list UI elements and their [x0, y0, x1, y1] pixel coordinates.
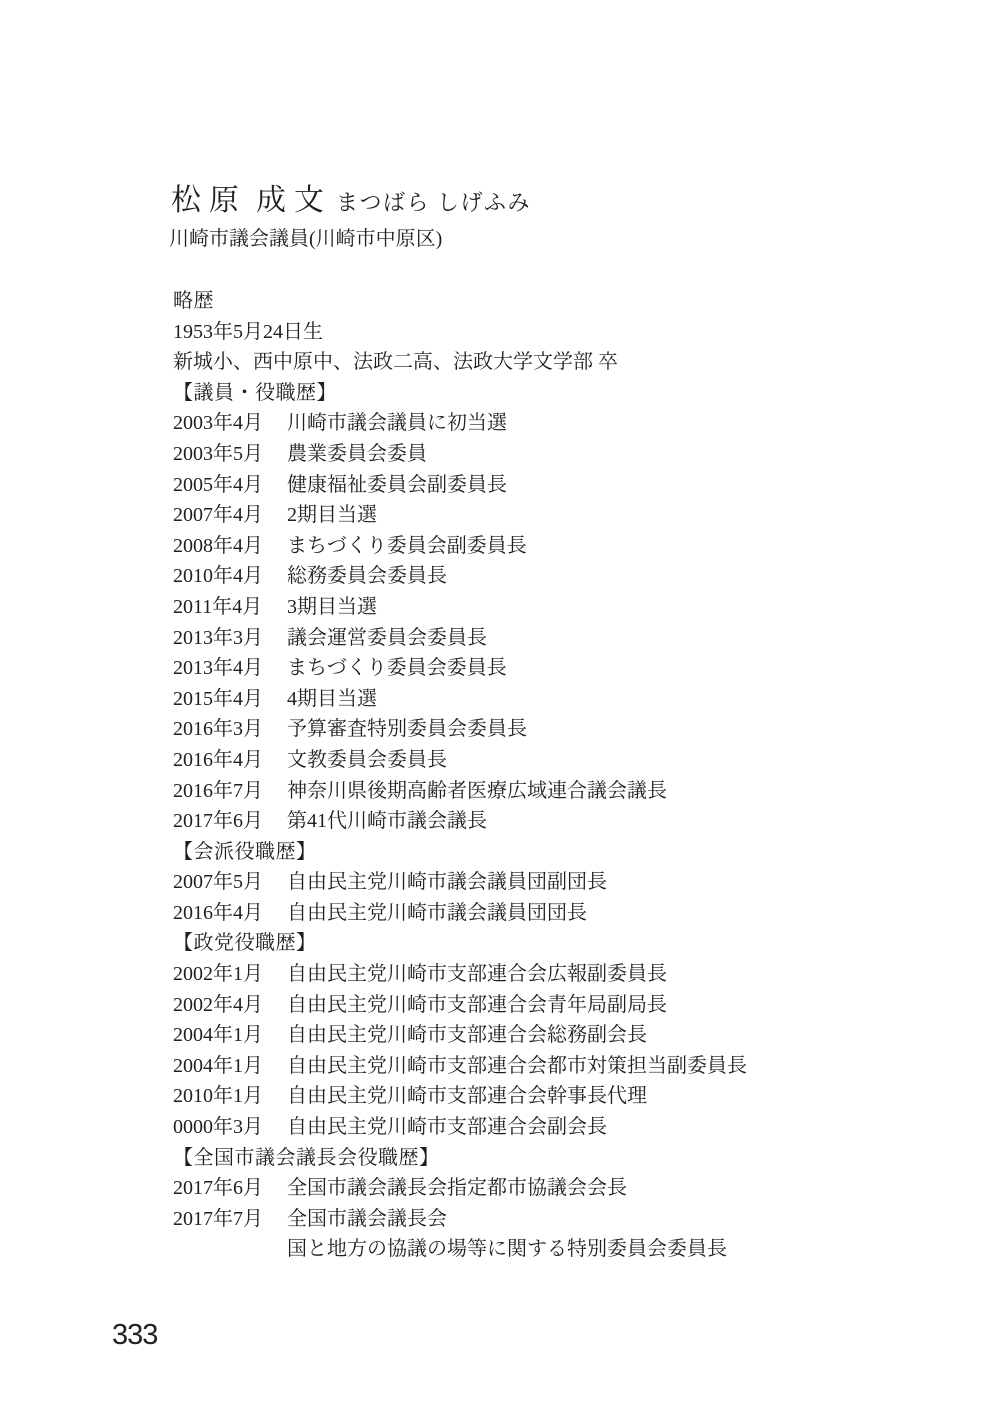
row-text: 神奈川県後期高齢者医療広域連合議会議長 [287, 780, 667, 802]
row-date: 2007年4月 [173, 500, 287, 531]
row-text: 【会派役職歴】 [173, 841, 317, 863]
row-text: 川崎市議会議員に初当選 [287, 412, 507, 434]
row-text: 2期目当選 [287, 504, 377, 526]
row-text: まちづくり委員会委員長 [287, 657, 507, 679]
row-date: 2013年4月 [173, 653, 287, 684]
resume-row: 2002年1月自由民主党川崎市支部連合会広報副委員長 [173, 959, 893, 990]
resume-row: 2013年4月まちづくり委員会委員長 [173, 653, 893, 684]
row-date: 2004年1月 [173, 1020, 287, 1051]
row-text: 第41代川崎市議会議長 [287, 810, 487, 832]
resume-section-heading: 略歴 [173, 286, 893, 317]
resume-row: 2015年4月4期目当選 [173, 684, 893, 715]
row-text: 文教委員会委員長 [287, 749, 447, 771]
resume-row: 新城小、西中原中、法政二高、法政大学文学部 卒 [173, 347, 893, 378]
row-date: 2002年4月 [173, 990, 287, 1021]
resume-row: 2016年7月神奈川県後期高齢者医療広域連合議会議長 [173, 776, 893, 807]
row-date: 2010年1月 [173, 1081, 287, 1112]
profile-name: 松 原 成 文 まつばら しげふみ [171, 183, 531, 219]
row-date: 2017年6月 [173, 1173, 287, 1204]
row-text: 自由民主党川崎市支部連合会副会長 [287, 1116, 607, 1138]
row-text: 【全国市議会議長会役職歴】 [173, 1147, 440, 1169]
row-date: 2013年3月 [173, 623, 287, 654]
row-text: 自由民主党川崎市支部連合会総務副会長 [287, 1024, 647, 1046]
row-date: 2016年3月 [173, 714, 287, 745]
row-date: 2008年4月 [173, 531, 287, 562]
row-text: 新城小、西中原中、法政二高、法政大学文学部 卒 [173, 351, 618, 373]
profile-name-kanji: 松 原 成 文 [171, 183, 325, 219]
row-text: 略歴 [173, 290, 214, 312]
resume-row: 2007年5月自由民主党川崎市議会議員団副団長 [173, 867, 893, 898]
resume-row: 2007年4月2期目当選 [173, 500, 893, 531]
row-date: 2004年1月 [173, 1051, 287, 1082]
row-date: 2005年4月 [173, 470, 287, 501]
row-text: 国と地方の協議の場等に関する特別委員会委員長 [173, 1238, 727, 1260]
row-text: 4期目当選 [287, 688, 377, 710]
resume-section-heading: 【議員・役職歴】 [173, 378, 893, 409]
resume-row: 2008年4月まちづくり委員会副委員長 [173, 531, 893, 562]
row-date: 2010年4月 [173, 561, 287, 592]
resume-row: 2003年5月農業委員会委員 [173, 439, 893, 470]
resume-row: 2017年7月全国市議会議長会 [173, 1204, 893, 1235]
resume-row: 2017年6月第41代川崎市議会議長 [173, 806, 893, 837]
resume-row: 2011年4月3期目当選 [173, 592, 893, 623]
resume-row: 2017年6月全国市議会議長会指定都市協議会会長 [173, 1173, 893, 1204]
row-text: 自由民主党川崎市支部連合会青年局副局長 [287, 994, 667, 1016]
row-text: 議会運営委員会委員長 [287, 627, 487, 649]
row-date: 2017年7月 [173, 1204, 287, 1235]
row-text: 総務委員会委員長 [287, 565, 447, 587]
row-text: 自由民主党川崎市支部連合会幹事長代理 [287, 1085, 647, 1107]
row-date: 2003年4月 [173, 408, 287, 439]
resume-row: 0000年3月自由民主党川崎市支部連合会副会長 [173, 1112, 893, 1143]
resume-row: 2005年4月健康福祉委員会副委員長 [173, 470, 893, 501]
row-date: 2003年5月 [173, 439, 287, 470]
resume-row: 2004年1月自由民主党川崎市支部連合会総務副会長 [173, 1020, 893, 1051]
row-text: 【政党役職歴】 [173, 932, 317, 954]
row-date: 2016年7月 [173, 776, 287, 807]
resume-row: 2016年4月文教委員会委員長 [173, 745, 893, 776]
profile-name-kana: まつばら しげふみ [336, 186, 531, 217]
row-text: まちづくり委員会副委員長 [287, 535, 527, 557]
row-date: 2016年4月 [173, 898, 287, 929]
resume-row: 2002年4月自由民主党川崎市支部連合会青年局副局長 [173, 990, 893, 1021]
row-text: 3期目当選 [287, 596, 377, 618]
row-text: 全国市議会議長会 [287, 1208, 447, 1230]
row-date: 2016年4月 [173, 745, 287, 776]
resume-list: 略歴1953年5月24日生新城小、西中原中、法政二高、法政大学文学部 卒【議員・… [173, 286, 893, 1265]
row-text: 自由民主党川崎市支部連合会都市対策担当副委員長 [287, 1055, 747, 1077]
row-date: 2007年5月 [173, 867, 287, 898]
row-date: 2002年1月 [173, 959, 287, 990]
row-date: 2015年4月 [173, 684, 287, 715]
row-text: 自由民主党川崎市議会議員団団長 [287, 902, 587, 924]
resume-row: 2010年1月自由民主党川崎市支部連合会幹事長代理 [173, 1081, 893, 1112]
row-text: 1953年5月24日生 [173, 321, 323, 343]
resume-row: 2016年3月予算審査特別委員会委員長 [173, 714, 893, 745]
resume-section-heading: 【政党役職歴】 [173, 928, 893, 959]
page-number: 333 [112, 1319, 157, 1351]
row-date: 0000年3月 [173, 1112, 287, 1143]
row-date: 2011年4月 [173, 592, 287, 623]
row-text: 【議員・役職歴】 [173, 382, 337, 404]
resume-row: 2004年1月自由民主党川崎市支部連合会都市対策担当副委員長 [173, 1051, 893, 1082]
resume-row: 2010年4月総務委員会委員長 [173, 561, 893, 592]
resume-row: 2013年3月議会運営委員会委員長 [173, 623, 893, 654]
resume-row: 2016年4月自由民主党川崎市議会議員団団長 [173, 898, 893, 929]
resume-row: 国と地方の協議の場等に関する特別委員会委員長 [173, 1234, 893, 1265]
resume-section-heading: 【全国市議会議長会役職歴】 [173, 1143, 893, 1174]
resume-section-heading: 【会派役職歴】 [173, 837, 893, 868]
row-date: 2017年6月 [173, 806, 287, 837]
row-text: 自由民主党川崎市支部連合会広報副委員長 [287, 963, 667, 985]
document-page: 松 原 成 文 まつばら しげふみ 川崎市議会議員(川崎市中原区) 略歴1953… [0, 0, 1000, 1424]
resume-row: 1953年5月24日生 [173, 317, 893, 348]
row-text: 自由民主党川崎市議会議員団副団長 [287, 871, 607, 893]
row-text: 全国市議会議長会指定都市協議会会長 [287, 1177, 627, 1199]
row-text: 健康福祉委員会副委員長 [287, 474, 507, 496]
row-text: 予算審査特別委員会委員長 [287, 718, 527, 740]
row-text: 農業委員会委員 [287, 443, 427, 465]
resume-row: 2003年4月川崎市議会議員に初当選 [173, 408, 893, 439]
profile-title: 川崎市議会議員(川崎市中原区) [169, 224, 442, 254]
